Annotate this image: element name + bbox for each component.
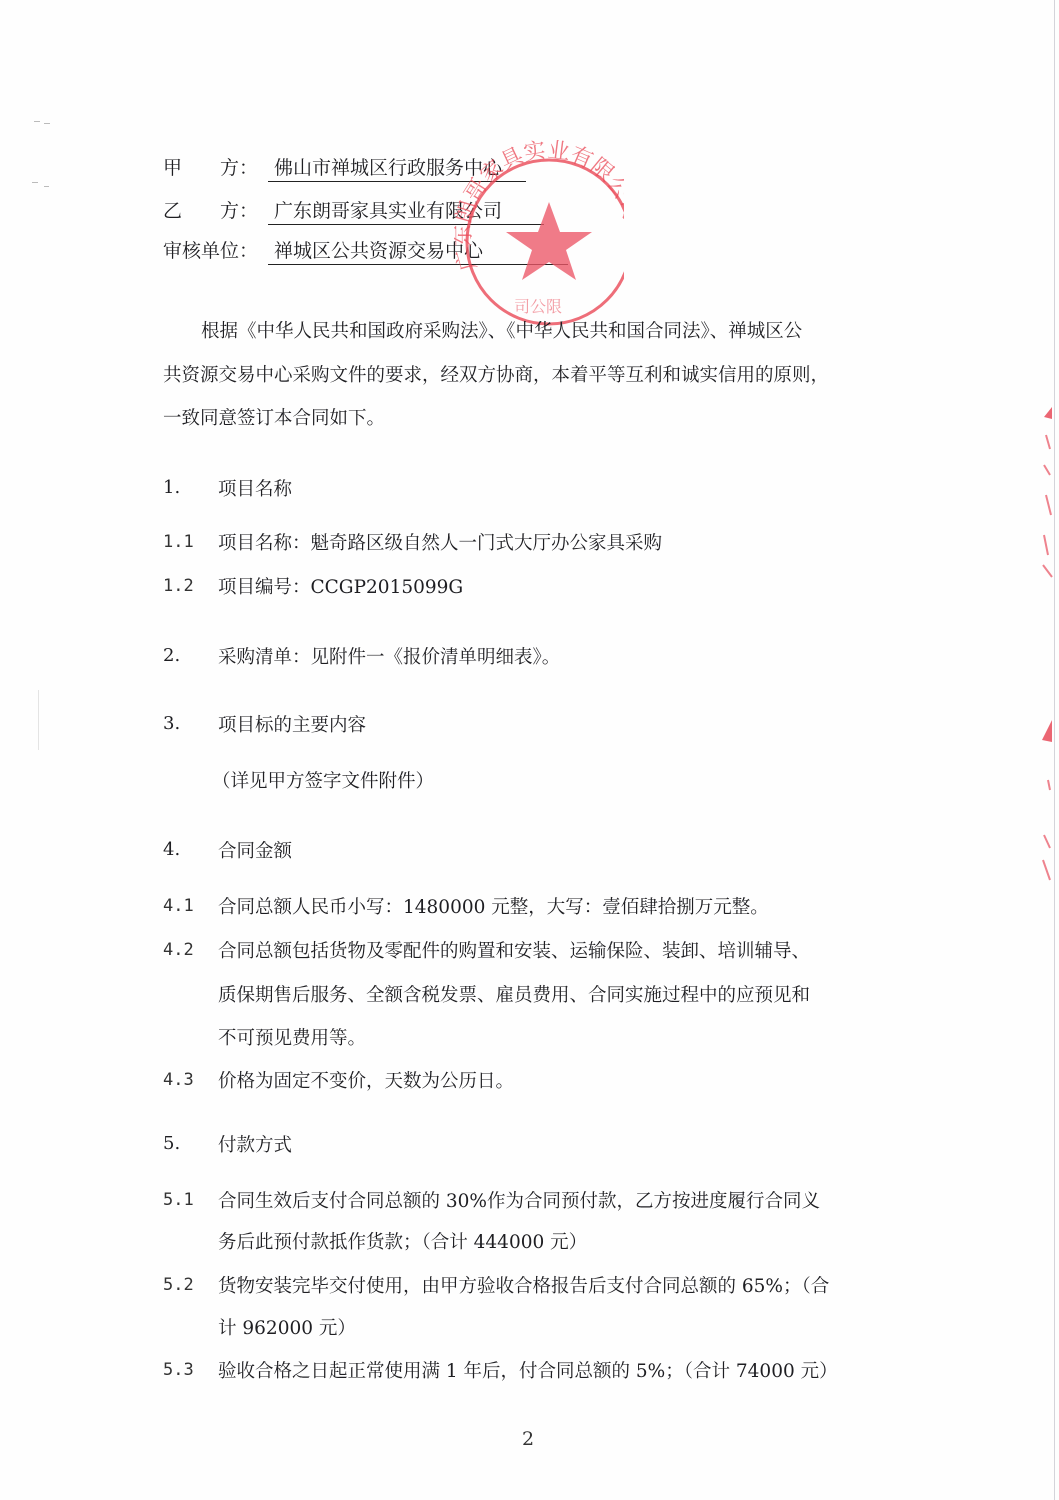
clause-number: 4.1: [163, 896, 194, 916]
auditor-row: 审核单位：禅城区公共资源交易中心: [163, 238, 568, 265]
intro-line: 一致同意签订本合同如下。: [163, 406, 385, 432]
clause-text: 务后此预付款抵作货款；（合计 444000 元）: [218, 1228, 587, 1254]
scan-mark: [34, 121, 40, 122]
clause-text: 价格为固定不变价，天数为公历日。: [218, 1067, 514, 1093]
section-number: 2.: [163, 645, 180, 666]
clause-number: 1.2: [163, 576, 194, 596]
auditor-value: 禅城区公共资源交易中心: [268, 238, 568, 265]
clause-number: 5.3: [163, 1360, 194, 1380]
party-b-row: 乙 方：广东朗哥家具实业有限公司: [163, 198, 544, 225]
clause-number: 4.3: [163, 1070, 194, 1090]
section-title: 付款方式: [218, 1131, 292, 1157]
project-code: 项目编号：CCGP2015099G: [218, 573, 463, 599]
project-name: 项目名称：魁奇路区级自然人一门式大厅办公家具采购: [218, 529, 662, 555]
section-title: 采购清单：见附件一《报价清单明细表》。: [218, 643, 560, 669]
svg-text:司公限: 司公限: [514, 297, 562, 316]
party-b-label: 乙 方：: [163, 198, 268, 224]
section-number: 1.: [163, 477, 180, 498]
clause-text: 计 962000 元）: [218, 1314, 356, 1340]
section-number: 4.: [163, 839, 180, 860]
intro-line: 根据《中华人民共和国政府采购法》、《中华人民共和国合同法》、禅城区公: [201, 319, 802, 345]
clause-number: 5.1: [163, 1190, 194, 1210]
scan-mark: [44, 186, 49, 187]
page-edge-line: [1054, 0, 1055, 1500]
clause-number: 4.2: [163, 940, 194, 960]
contract-amount: 合同总额人民币小写：1480000 元整，大写：壹佰肆拾捌万元整。: [218, 893, 769, 919]
attachment-note: （详见甲方签字文件附件）: [212, 767, 434, 793]
section-number: 5.: [163, 1133, 180, 1154]
clause-text: 合同生效后支付合同总额的 30%作为合同预付款，乙方按进度履行合同义: [218, 1187, 820, 1213]
section-number: 3.: [163, 713, 180, 734]
scan-mark: [32, 182, 38, 183]
scan-mark: [44, 123, 50, 124]
clause-text: 货物安装完毕交付使用，由甲方验收合格报告后支付合同总额的 65%；（合: [218, 1272, 829, 1298]
section-title: 项目标的主要内容: [218, 711, 366, 737]
party-b-value: 广东朗哥家具实业有限公司: [268, 198, 544, 225]
clause-number: 5.2: [163, 1275, 194, 1295]
party-a-row: 甲 方：佛山市禅城区行政服务中心: [163, 155, 526, 182]
clause-text: 不可预见费用等。: [218, 1024, 366, 1050]
party-a-label: 甲 方：: [163, 155, 268, 181]
clause-text: 合同总额包括货物及零配件的购置和安装、运输保险、装卸、培训辅导、: [218, 937, 810, 963]
section-title: 项目名称: [218, 475, 292, 501]
auditor-label: 审核单位：: [163, 238, 268, 264]
clause-text: 验收合格之日起正常使用满 1 年后，付合同总额的 5%；（合计 74000 元）: [218, 1357, 838, 1383]
scan-mark: [38, 690, 39, 750]
clause-number: 1.1: [163, 532, 194, 552]
contract-page: 甲 方：佛山市禅城区行政服务中心 乙 方：广东朗哥家具实业有限公司 审核单位：禅…: [0, 0, 1059, 1500]
intro-line: 共资源交易中心采购文件的要求，经双方协商，本着平等互利和诚实信用的原则，: [163, 363, 829, 389]
page-number: 2: [522, 1428, 534, 1450]
clause-text: 质保期售后服务、全额含税发票、雇员费用、合同实施过程中的应预见和: [218, 981, 810, 1007]
section-title: 合同金额: [218, 837, 292, 863]
party-a-value: 佛山市禅城区行政服务中心: [268, 155, 526, 182]
